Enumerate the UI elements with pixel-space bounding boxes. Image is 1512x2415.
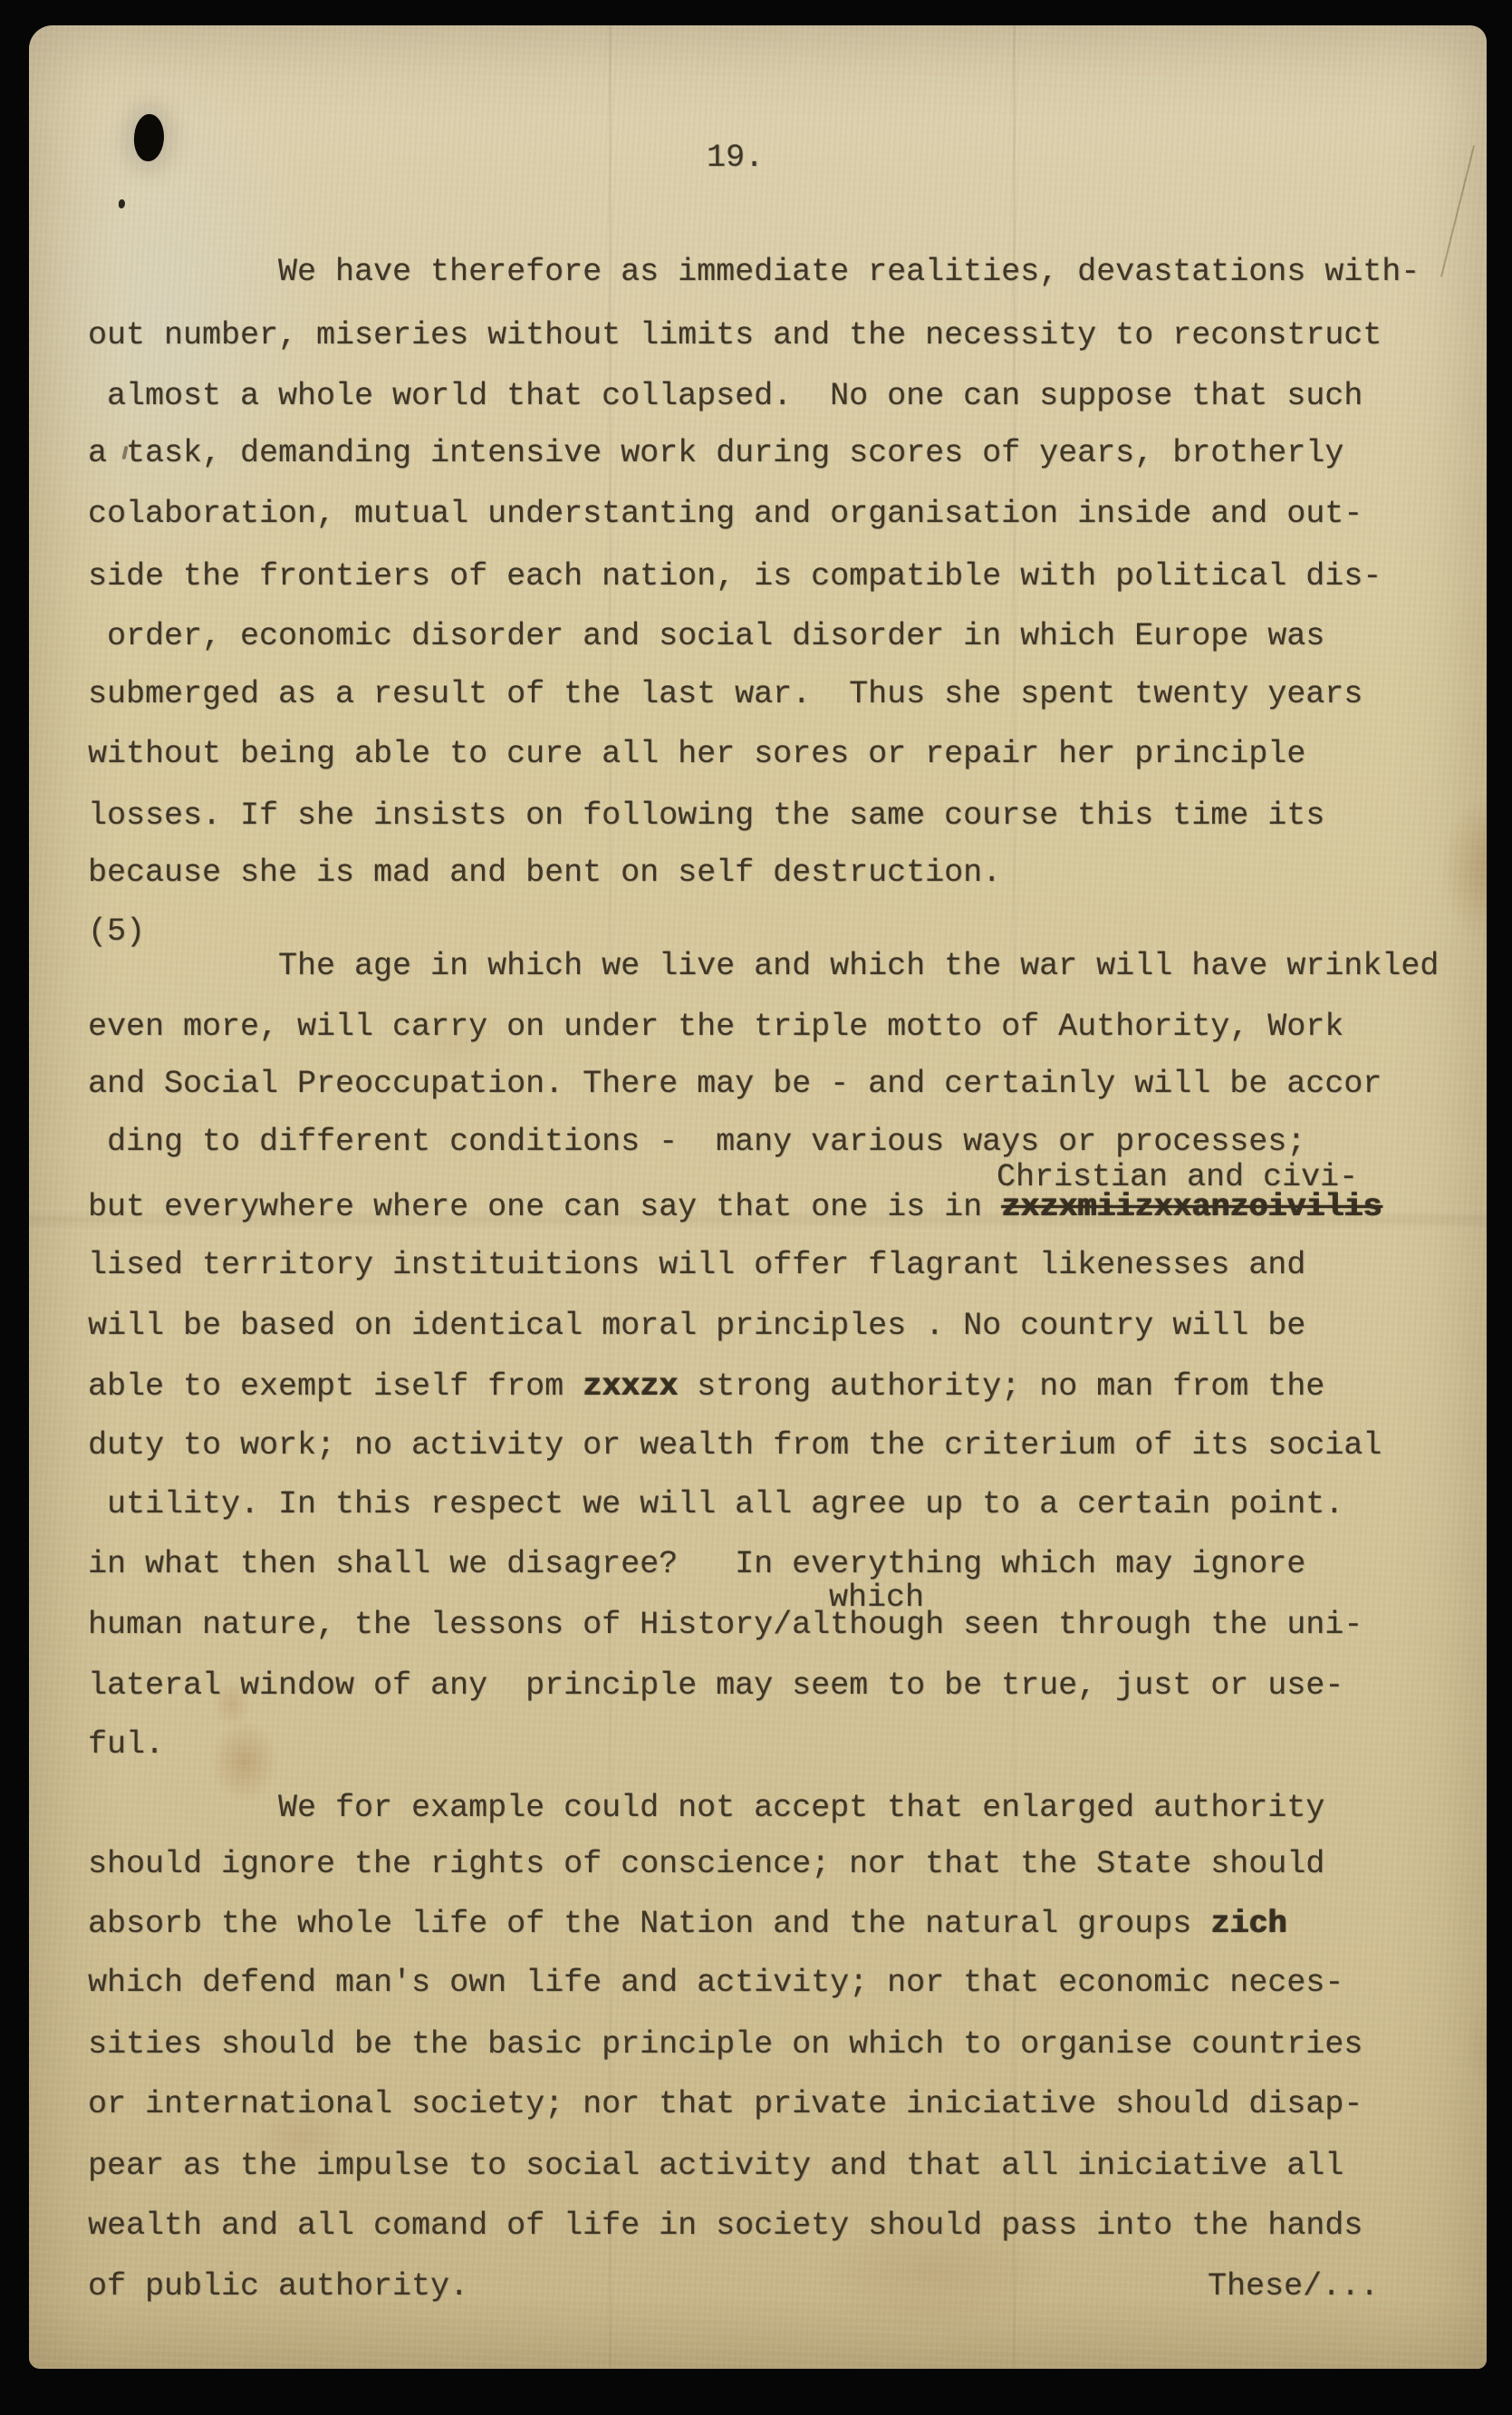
typewritten-line: able to exempt iself from zxxzx strong a… — [88, 1367, 1324, 1406]
typewritten-line: a task, demanding intensive work during … — [88, 433, 1343, 473]
typewritten-line: or international society; nor that priva… — [88, 2084, 1363, 2124]
line-text: or international society; nor that priva… — [88, 2086, 1363, 2122]
line-text: lateral window of any principle may seem… — [88, 1667, 1343, 1704]
crease — [1440, 145, 1475, 277]
line-text: human nature, the lessons of History/alt… — [88, 1607, 1363, 1643]
page-number: 19. — [707, 138, 764, 178]
typewritten-line: losses. If she insists on following the … — [88, 796, 1324, 836]
typewritten-line: even more, will carry on under the tripl… — [88, 1007, 1343, 1047]
scan-background: { "document": { "page_number": "19.", "c… — [0, 0, 1512, 2415]
line-text: We for example could not accept that enl… — [88, 1790, 1324, 1826]
line-text: side the frontiers of each nation, is co… — [88, 558, 1382, 594]
line-text: lised territory instituitions will offer… — [88, 1247, 1305, 1283]
typewritten-line: which defend man's own life and activity… — [88, 1963, 1343, 2003]
typewritten-line: We for example could not accept that enl… — [88, 1788, 1324, 1828]
typewritten-line: and Social Preoccupation. There may be -… — [88, 1064, 1382, 1104]
line-text: without being able to cure all her sores… — [88, 736, 1305, 772]
line-text: ful. — [88, 1726, 164, 1763]
typewritten-line: but everywhere where one can say that on… — [88, 1187, 1382, 1227]
line-text: colaboration, mutual understanting and o… — [88, 496, 1363, 532]
typewritten-line: side the frontiers of each nation, is co… — [88, 556, 1382, 596]
typewritten-line: wealth and all comand of life in society… — [88, 2206, 1363, 2246]
line-text: We have therefore as immediate realities… — [88, 254, 1420, 290]
typewritten-line: because she is mad and bent on self dest… — [88, 853, 1001, 893]
struck-out-text: zxxzx — [583, 1368, 678, 1405]
line-text: (5) — [88, 913, 145, 950]
typewritten-line: lised territory instituitions will offer… — [88, 1245, 1305, 1285]
typewritten-line: pear as the impulse to social activity a… — [88, 2146, 1343, 2186]
typewritten-line: colaboration, mutual understanting and o… — [88, 494, 1363, 534]
line-text: in what then shall we disagree? In every… — [88, 1546, 1305, 1582]
line-text: almost a whole world that collapsed. No … — [88, 378, 1363, 414]
line-text: out number, miseries without limits and … — [88, 317, 1382, 353]
typewritten-line: The age in which we live and which the w… — [88, 946, 1439, 986]
line-text: should ignore the rights of conscience; … — [88, 1846, 1324, 1882]
line-text: a task, demanding intensive work during … — [88, 435, 1343, 471]
line-text: pear as the impulse to social activity a… — [88, 2148, 1343, 2184]
typewritten-line: of public authority. — [88, 2266, 468, 2306]
line-text: wealth and all comand of life in society… — [88, 2207, 1363, 2244]
typewritten-line: submerged as a result of the last war. T… — [88, 674, 1363, 714]
typewritten-line: utility. In this respect we will all agr… — [88, 1484, 1343, 1524]
typewritten-line: without being able to cure all her sores… — [88, 734, 1305, 774]
typewritten-line: almost a whole world that collapsed. No … — [88, 376, 1363, 416]
typewritten-line: duty to work; no activity or wealth from… — [88, 1425, 1382, 1465]
line-text: sities should be the basic principle on … — [88, 2026, 1363, 2062]
typewritten-line: in what then shall we disagree? In every… — [88, 1544, 1305, 1584]
typewritten-line: ding to different conditions - many vari… — [88, 1122, 1305, 1162]
typewritten-line: out number, miseries without limits and … — [88, 315, 1382, 355]
line-text: order, economic disorder and social diso… — [88, 618, 1324, 654]
line-text: losses. If she insists on following the … — [88, 797, 1324, 834]
line-text: submerged as a result of the last war. T… — [88, 676, 1363, 712]
typewritten-line: order, economic disorder and social diso… — [88, 616, 1324, 656]
line-text: but everywhere where one can say that on… — [88, 1189, 1001, 1225]
line-text: The age in which we live and which the w… — [88, 948, 1439, 984]
line-text: and Social Preoccupation. There may be -… — [88, 1066, 1382, 1102]
line-text: utility. In this respect we will all agr… — [88, 1486, 1343, 1522]
typewritten-line: absorb the whole life of the Nation and … — [88, 1904, 1286, 1944]
line-text: duty to work; no activity or wealth from… — [88, 1427, 1382, 1463]
struck-out-text: zich — [1210, 1906, 1286, 1942]
typewritten-line: should ignore the rights of conscience; … — [88, 1844, 1324, 1884]
line-text: will be based on identical moral princip… — [88, 1308, 1305, 1344]
line-text: able to exempt iself from — [88, 1368, 583, 1405]
typewritten-line: sities should be the basic principle on … — [88, 2024, 1363, 2064]
typewritten-line: ful. — [88, 1724, 164, 1764]
line-text: because she is mad and bent on self dest… — [88, 855, 1001, 891]
line-text: of public authority. — [88, 2268, 468, 2304]
line-text: which defend man's own life and activity… — [88, 1965, 1343, 2001]
catchword: These/... — [1208, 2266, 1379, 2306]
typewritten-line: human nature, the lessons of History/alt… — [88, 1605, 1363, 1645]
struck-out-text: zxzxmiizxxanzoivilis — [1001, 1189, 1382, 1225]
line-text: absorb the whole life of the Nation and … — [88, 1906, 1210, 1942]
line-text: even more, will carry on under the tripl… — [88, 1009, 1343, 1045]
typewritten-line: We have therefore as immediate realities… — [88, 252, 1420, 292]
line-text: strong authority; no man from the — [678, 1368, 1324, 1405]
typewritten-line: will be based on identical moral princip… — [88, 1306, 1305, 1346]
typewritten-line: lateral window of any principle may seem… — [88, 1666, 1343, 1705]
scanned-document: 19. We have therefore as immediate reali… — [0, 0, 1512, 2415]
line-text: ding to different conditions - many vari… — [88, 1124, 1305, 1160]
